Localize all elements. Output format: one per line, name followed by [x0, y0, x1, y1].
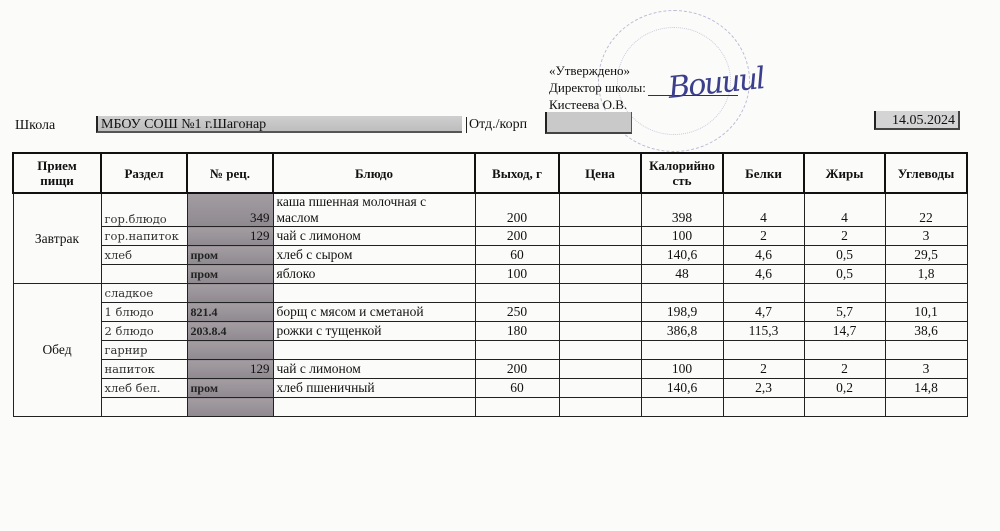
cell-dish: чай с лимоном — [273, 360, 475, 379]
cell-recipe: 129 — [187, 360, 273, 379]
cell-price — [559, 303, 641, 322]
meal-name: Завтрак — [13, 193, 101, 284]
cell-section: 1 блюдо — [101, 303, 187, 322]
cell-price — [559, 227, 641, 246]
school-field: МБОУ СОШ №1 г.Шагонар — [96, 116, 462, 133]
cell-recipe: 203.8.4 — [187, 322, 273, 341]
cell-recipe: пром — [187, 379, 273, 398]
table-row: 2 блюдо203.8.4рожки с тущенкой180386,811… — [13, 322, 967, 341]
table-row: хлеб бел.промхлеб пшеничный60140,62,30,2… — [13, 379, 967, 398]
cell-dish: хлеб пшеничный — [273, 379, 475, 398]
cell-price — [559, 265, 641, 284]
cell-carbs: 38,6 — [885, 322, 967, 341]
cell-fat: 0,2 — [804, 379, 885, 398]
cell-recipe: 349 — [187, 193, 273, 227]
cell-recipe: пром — [187, 265, 273, 284]
cell-fat: 2 — [804, 360, 885, 379]
table-row: гарнир — [13, 341, 967, 360]
table-row: хлебпромхлеб с сыром60140,64,60,529,5 — [13, 246, 967, 265]
cell-section: гор.напиток — [101, 227, 187, 246]
cell-calories — [641, 341, 723, 360]
column-header-output: Выход, г — [475, 153, 559, 193]
cell-fat — [804, 341, 885, 360]
cell-protein — [723, 398, 804, 417]
cell-section: хлеб — [101, 246, 187, 265]
cell-output: 180 — [475, 322, 559, 341]
cell-section — [101, 265, 187, 284]
column-header-calories: Калорийность — [641, 153, 723, 193]
table-row: промяблоко100484,60,51,8 — [13, 265, 967, 284]
cell-carbs: 14,8 — [885, 379, 967, 398]
table-row: Завтракгор.блюдо349каша пшенная молочная… — [13, 193, 967, 227]
dept-label: Отд./корп — [466, 117, 527, 133]
cell-section: напиток — [101, 360, 187, 379]
cell-output: 250 — [475, 303, 559, 322]
cell-fat: 0,5 — [804, 246, 885, 265]
cell-protein: 4,6 — [723, 265, 804, 284]
cell-fat: 5,7 — [804, 303, 885, 322]
cell-carbs: 22 — [885, 193, 967, 227]
cell-calories — [641, 284, 723, 303]
cell-price — [559, 379, 641, 398]
cell-fat — [804, 284, 885, 303]
table-row: напиток129чай с лимоном200100223 — [13, 360, 967, 379]
cell-dish: хлеб с сыром — [273, 246, 475, 265]
cell-dish — [273, 284, 475, 303]
cell-carbs: 1,8 — [885, 265, 967, 284]
column-header-protein: Белки — [723, 153, 804, 193]
cell-recipe — [187, 341, 273, 360]
cell-output: 200 — [475, 193, 559, 227]
cell-protein — [723, 341, 804, 360]
cell-protein: 2 — [723, 227, 804, 246]
cell-section: гарнир — [101, 341, 187, 360]
table-row: Обедсладкое — [13, 284, 967, 303]
column-header-recipe: № рец. — [187, 153, 273, 193]
column-header-section: Раздел — [101, 153, 187, 193]
cell-protein: 2,3 — [723, 379, 804, 398]
table-row: 1 блюдо821.4борщ с мясом и сметаной25019… — [13, 303, 967, 322]
cell-recipe: 821.4 — [187, 303, 273, 322]
cell-section: хлеб бел. — [101, 379, 187, 398]
cell-protein: 115,3 — [723, 322, 804, 341]
column-header-fat: Жиры — [804, 153, 885, 193]
table-row — [13, 398, 967, 417]
meal-name: Обед — [13, 284, 101, 417]
cell-dish — [273, 341, 475, 360]
date-field: 14.05.2024 — [874, 111, 960, 130]
cell-protein: 2 — [723, 360, 804, 379]
cell-price — [559, 284, 641, 303]
cell-output: 200 — [475, 360, 559, 379]
cell-price — [559, 360, 641, 379]
cell-dish: чай с лимоном — [273, 227, 475, 246]
cell-carbs: 10,1 — [885, 303, 967, 322]
cell-section — [101, 398, 187, 417]
cell-section: гор.блюдо — [101, 193, 187, 227]
column-header-dish: Блюдо — [273, 153, 475, 193]
cell-output — [475, 398, 559, 417]
cell-output: 60 — [475, 246, 559, 265]
cell-calories: 100 — [641, 227, 723, 246]
cell-calories: 386,8 — [641, 322, 723, 341]
cell-calories — [641, 398, 723, 417]
cell-output — [475, 341, 559, 360]
cell-protein: 4 — [723, 193, 804, 227]
cell-price — [559, 341, 641, 360]
column-header-price: Цена — [559, 153, 641, 193]
cell-recipe — [187, 398, 273, 417]
cell-fat: 2 — [804, 227, 885, 246]
cell-dish: рожки с тущенкой — [273, 322, 475, 341]
cell-section: сладкое — [101, 284, 187, 303]
cell-recipe: 129 — [187, 227, 273, 246]
cell-protein: 4,7 — [723, 303, 804, 322]
cell-calories: 398 — [641, 193, 723, 227]
cell-fat: 0,5 — [804, 265, 885, 284]
cell-calories: 48 — [641, 265, 723, 284]
cell-dish: яблоко — [273, 265, 475, 284]
cell-fat — [804, 398, 885, 417]
cell-calories: 100 — [641, 360, 723, 379]
cell-calories: 140,6 — [641, 379, 723, 398]
column-header-carbs: Углеводы — [885, 153, 967, 193]
cell-price — [559, 322, 641, 341]
cell-carbs: 3 — [885, 227, 967, 246]
school-label: Школа — [15, 118, 55, 134]
cell-price — [559, 398, 641, 417]
cell-protein: 4,6 — [723, 246, 804, 265]
cell-carbs: 29,5 — [885, 246, 967, 265]
cell-calories: 198,9 — [641, 303, 723, 322]
cell-carbs — [885, 284, 967, 303]
cell-fat: 4 — [804, 193, 885, 227]
cell-carbs — [885, 398, 967, 417]
cell-output: 200 — [475, 227, 559, 246]
cell-dish — [273, 398, 475, 417]
cell-price — [559, 193, 641, 227]
cell-fat: 14,7 — [804, 322, 885, 341]
cell-section: 2 блюдо — [101, 322, 187, 341]
table-row: гор.напиток129чай с лимоном200100223 — [13, 227, 967, 246]
cell-price — [559, 246, 641, 265]
dept-field — [545, 112, 632, 134]
cell-output: 100 — [475, 265, 559, 284]
column-header-meal: Приемпищи — [13, 153, 101, 193]
cell-carbs — [885, 341, 967, 360]
cell-dish: борщ с мясом и сметаной — [273, 303, 475, 322]
cell-output — [475, 284, 559, 303]
cell-protein — [723, 284, 804, 303]
menu-table: ПриемпищиРаздел№ рец.БлюдоВыход, гЦенаКа… — [12, 152, 968, 417]
cell-carbs: 3 — [885, 360, 967, 379]
cell-dish: каша пшенная молочная с маслом — [273, 193, 475, 227]
cell-recipe — [187, 284, 273, 303]
table-header-row: ПриемпищиРаздел№ рец.БлюдоВыход, гЦенаКа… — [13, 153, 967, 193]
cell-output: 60 — [475, 379, 559, 398]
cell-calories: 140,6 — [641, 246, 723, 265]
cell-recipe: пром — [187, 246, 273, 265]
